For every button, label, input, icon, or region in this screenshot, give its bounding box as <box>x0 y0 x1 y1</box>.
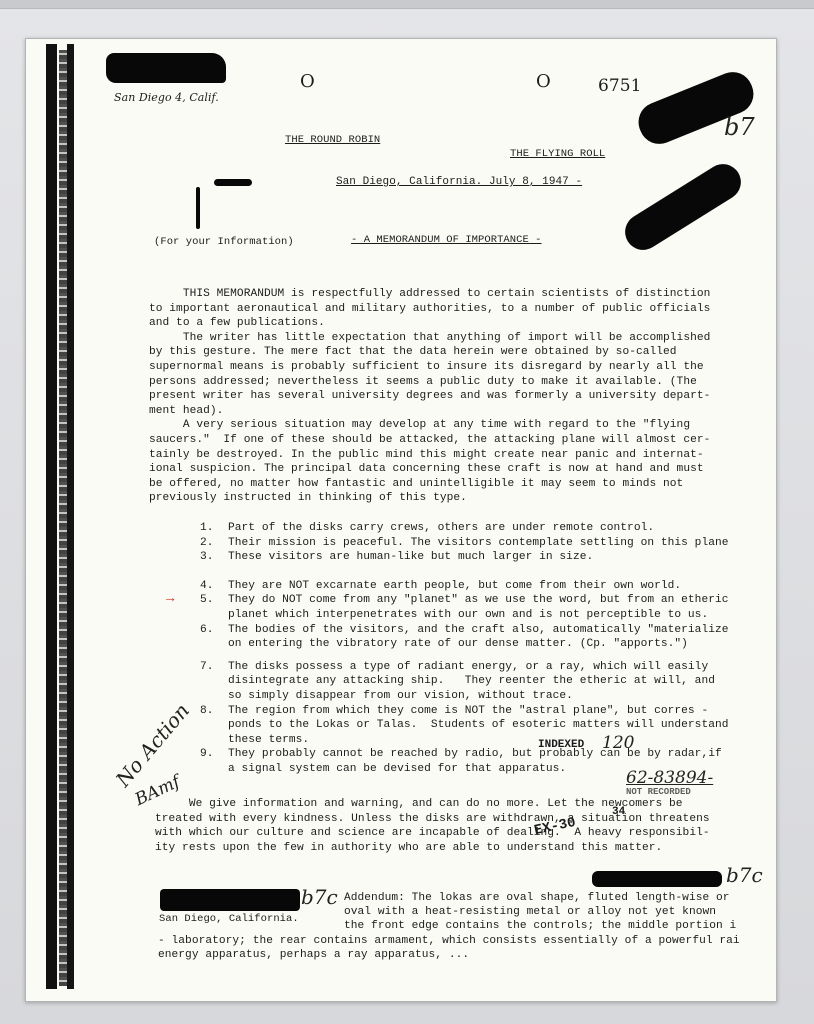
list-item-number: 3. <box>200 550 214 564</box>
list-item-line: These visitors are human-like but much l… <box>228 550 593 564</box>
closing-line: ity rests upon the few in authority who … <box>155 841 662 855</box>
redaction-block <box>592 871 722 887</box>
list-item-number: 8. <box>200 704 214 718</box>
list-item-line: The region from which they come is NOT t… <box>228 704 708 718</box>
red-arrow-annotation: → <box>166 591 174 607</box>
list-item-number: 2. <box>200 536 214 550</box>
list-item-line: a signal system can be devised for that … <box>228 762 566 776</box>
file-mark-left: O <box>300 75 315 89</box>
paragraph-line: THIS MEMORANDUM is respectfully addresse… <box>149 287 710 301</box>
closing-line: with which our culture and science are i… <box>155 826 710 840</box>
list-item-line: Part of the disks carry crews, others ar… <box>228 521 654 535</box>
list-item-line: on entering the vibratory rate of our de… <box>228 637 688 651</box>
recorded-number: 34 <box>612 806 625 818</box>
redaction-block <box>160 889 300 911</box>
publication-left: THE ROUND ROBIN <box>285 133 380 147</box>
closing-line: treated with every kindness. Unless the … <box>155 812 710 826</box>
list-item-line: so simply disappear from our vision, wit… <box>228 689 573 703</box>
window-top-bar <box>0 0 814 9</box>
binding-strip <box>46 44 74 989</box>
handwritten-margin-note: No Action <box>111 699 194 792</box>
signature-place: San Diego, California. <box>159 912 299 926</box>
redaction-code-right: b7c <box>726 863 763 887</box>
list-item-number: 9. <box>200 747 214 761</box>
file-number: 6751 <box>598 79 641 93</box>
paragraph-line: A very serious situation may develop at … <box>149 418 690 432</box>
paragraph-line: and to a few publications. <box>149 316 325 330</box>
list-item-line: The disks possess a type of radiant ener… <box>228 660 708 674</box>
redaction-mark <box>214 179 252 186</box>
list-item-number: 4. <box>200 579 214 593</box>
list-item-line: ponds to the Lokas or Talas. Students of… <box>228 718 729 732</box>
paragraph-line: tainly be destroyed. In the public mind … <box>149 448 704 462</box>
file-mark-right: O <box>536 75 551 89</box>
redaction-mark <box>196 187 200 229</box>
redaction-block <box>618 157 747 256</box>
paragraph-line: previously instructed in thinking of thi… <box>149 491 467 505</box>
list-item-number: 1. <box>200 521 214 535</box>
addendum-line: the front edge contains the controls; th… <box>344 919 736 933</box>
paragraph-line: present writer has several university de… <box>149 389 710 403</box>
addendum-line: Addendum: The lokas are oval shape, flut… <box>344 891 730 905</box>
for-your-information-note: (For your Information) <box>154 235 294 249</box>
list-item-line: They are NOT excarnate earth people, but… <box>228 579 681 593</box>
paragraph-line: The writer has little expectation that a… <box>149 331 710 345</box>
list-item-line: The bodies of the visitors, and the craf… <box>228 623 729 637</box>
list-item-number: 5. <box>200 593 214 607</box>
list-item-line: They do NOT come from any "planet" as we… <box>228 593 729 607</box>
redaction-code-left: b7c <box>301 885 338 909</box>
dateline: San Diego, California. July 8, 1947 - <box>336 175 582 189</box>
addendum-line: oval with a heat-resisting metal or allo… <box>344 905 716 919</box>
list-item-line: Their mission is peaceful. The visitors … <box>228 536 729 550</box>
indexed-number: 120 <box>602 733 634 753</box>
file-code-handwritten: 62-83894- <box>626 768 713 788</box>
list-item-line: They probably cannot be reached by radio… <box>228 747 722 761</box>
paragraph-line: to important aeronautical and military a… <box>149 302 710 316</box>
paragraph-line: saucers." If one of these should be atta… <box>149 433 710 447</box>
location-script: San Diego 4, Calif. <box>114 91 219 105</box>
margin-code-b7: b7 <box>724 113 755 141</box>
paragraph-line: ment head). <box>149 404 223 418</box>
list-item-line: planet which interpenetrates with our ow… <box>228 608 708 622</box>
list-item-number: 6. <box>200 623 214 637</box>
document-page: San Diego 4, Calif. O O 6751 b7 THE ROUN… <box>25 38 777 1002</box>
document-title: - A MEMORANDUM OF IMPORTANCE - <box>351 233 542 247</box>
publication-right: THE FLYING ROLL <box>510 147 605 161</box>
recorded-stamp: NOT RECORDED <box>626 787 691 797</box>
closing-line: We give information and warning, and can… <box>155 797 683 811</box>
paragraph-line: be offered, no matter how fantastic and … <box>149 477 683 491</box>
paragraph-line: by this gesture. The mere fact that the … <box>149 345 677 359</box>
paragraph-line: persons addressed; nevertheless it seems… <box>149 375 697 389</box>
list-item-line: disintegrate any attacking ship. They re… <box>228 674 715 688</box>
paragraph-line: supernormal means is probably sufficient… <box>149 360 704 374</box>
paragraph-line: ional suspicion. The principal data conc… <box>149 462 704 476</box>
list-item-line: these terms. <box>228 733 309 747</box>
addendum-line: - laboratory; the rear contains armament… <box>158 934 740 948</box>
addendum-line: energy apparatus, perhaps a ray apparatu… <box>158 948 469 962</box>
redaction-block <box>106 53 226 83</box>
list-item-number: 7. <box>200 660 214 674</box>
indexed-stamp: INDEXED <box>538 739 584 751</box>
